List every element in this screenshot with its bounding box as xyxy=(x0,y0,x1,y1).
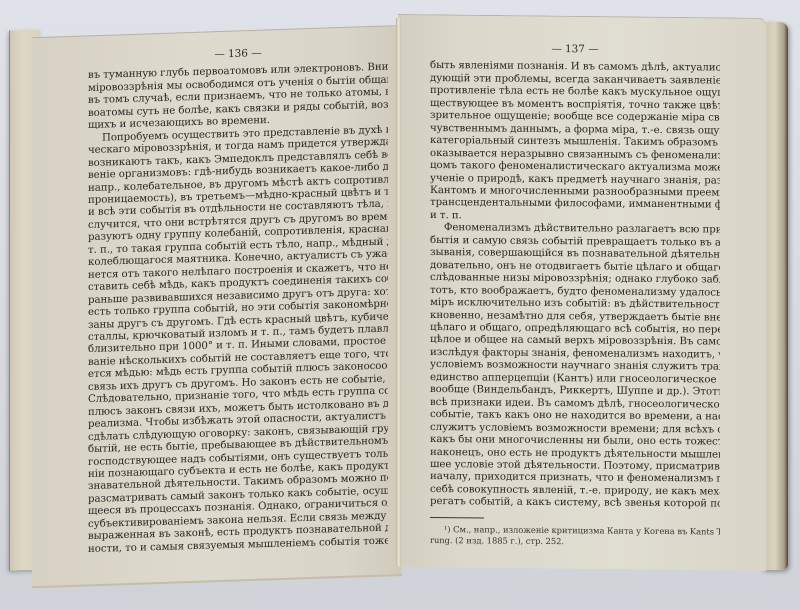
right-page-text: — 137 — быть явленіями познанія. И въ са… xyxy=(430,42,720,548)
text-line: регатъ событій, а какъ систему, всѣ звен… xyxy=(430,496,720,511)
text-line: трансцендентальными философами, имманент… xyxy=(430,197,720,212)
open-book: — 136 — въ туманную глубь первоатомовъ и… xyxy=(0,0,800,609)
book-gutter xyxy=(396,18,401,566)
right-page-body: быть явленіями познанія. И въ самомъ дѣл… xyxy=(430,60,720,511)
left-page-body: въ туманную глубь первоатомовъ или элект… xyxy=(88,62,388,556)
footnote: ¹) См., напр., изложеніе критицизма Кант… xyxy=(430,524,720,549)
footnote-divider xyxy=(430,517,484,518)
page-number-right: — 137 — xyxy=(430,42,720,57)
left-page-text: — 136 — въ туманную глубь первоатомовъ и… xyxy=(88,44,388,557)
